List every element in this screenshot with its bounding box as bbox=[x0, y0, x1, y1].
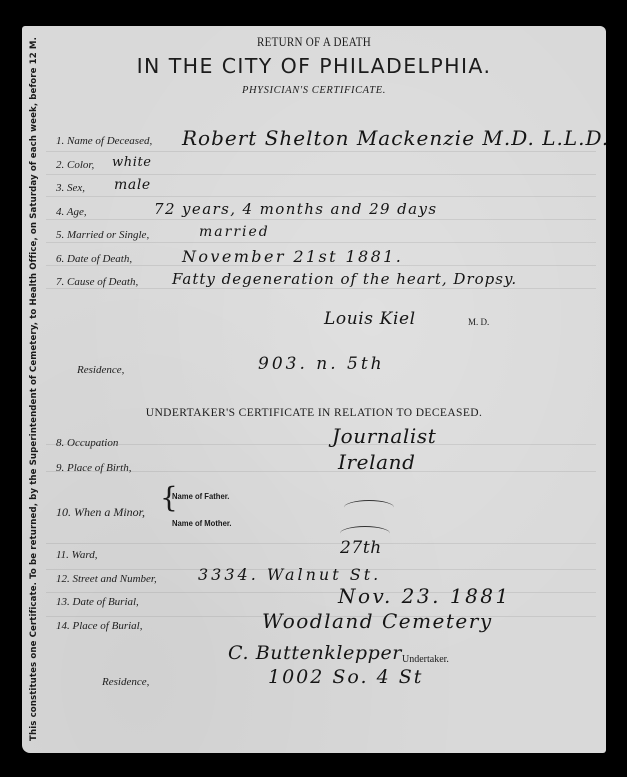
place-of-burial-label: 14. Place of Burial, bbox=[56, 620, 142, 632]
age-value: 72 years, 4 months and 29 days bbox=[154, 200, 437, 218]
undertaker-signature-suffix: Undertaker. bbox=[402, 654, 449, 665]
physician-residence-value: 903. n. 5th bbox=[258, 354, 385, 374]
street-number-value: 3334. Walnut St. bbox=[198, 565, 381, 584]
ward-value: 27th bbox=[340, 538, 382, 558]
father-name-blank-mark bbox=[344, 500, 394, 515]
form-heading: RETURN OF A DEATH bbox=[66, 34, 562, 50]
sex-label: 3. Sex, bbox=[56, 182, 85, 194]
undertaker-certificate-heading: UNDERTAKER'S CERTIFICATE IN RELATION TO … bbox=[22, 407, 606, 419]
physician-signature: Louis Kiel bbox=[324, 309, 416, 329]
physician-signature-suffix: M. D. bbox=[468, 317, 489, 327]
date-of-death-label: 6. Date of Death, bbox=[56, 253, 132, 265]
color-label: 2. Color, bbox=[56, 159, 94, 171]
date-of-death-value: November 21st 1881. bbox=[182, 247, 403, 266]
occupation-value: Journalist bbox=[332, 424, 436, 448]
father-name-label: Name of Father. bbox=[172, 491, 229, 501]
color-value: white bbox=[112, 155, 152, 170]
name-value: Robert Shelton Mackenzie M.D. L.L.D. bbox=[182, 126, 609, 150]
side-instruction: This constitutes one Certificate. To be … bbox=[22, 26, 46, 753]
minor-label: 10. When a Minor, bbox=[56, 505, 145, 520]
age-label: 4. Age, bbox=[56, 206, 87, 218]
street-number-label: 12. Street and Number, bbox=[56, 573, 157, 585]
physician-certificate-heading: PHYSICIAN'S CERTIFICATE. bbox=[22, 85, 606, 96]
city-heading: IN THE CITY OF PHILADELPHIA. bbox=[22, 54, 606, 78]
undertaker-residence-label: Residence, bbox=[102, 676, 149, 688]
side-instruction-text: This constitutes one Certificate. To be … bbox=[29, 37, 39, 741]
mother-name-label: Name of Mother. bbox=[172, 518, 232, 528]
sex-value: male bbox=[114, 177, 151, 193]
cause-of-death-label: 7. Cause of Death, bbox=[56, 276, 138, 288]
name-label: 1. Name of Deceased, bbox=[56, 135, 152, 147]
date-of-burial-label: 13. Date of Burial, bbox=[56, 596, 139, 608]
place-of-birth-label: 9. Place of Birth, bbox=[56, 462, 131, 474]
place-of-burial-value: Woodland Cemetery bbox=[262, 609, 493, 633]
ward-label: 11. Ward, bbox=[56, 549, 97, 561]
death-certificate: This constitutes one Certificate. To be … bbox=[22, 26, 606, 753]
cause-of-death-value: Fatty degeneration of the heart, Dropsy. bbox=[172, 270, 517, 288]
date-of-burial-value: Nov. 23. 1881 bbox=[338, 584, 511, 608]
marital-status-label: 5. Married or Single, bbox=[56, 229, 149, 241]
physician-residence-label: Residence, bbox=[77, 364, 124, 376]
marital-status-value: married bbox=[199, 224, 270, 240]
place-of-birth-value: Ireland bbox=[338, 450, 416, 474]
undertaker-residence-value: 1002 So. 4 St bbox=[268, 666, 423, 688]
undertaker-signature: C. Buttenklepper bbox=[228, 642, 402, 664]
occupation-label: 8. Occupation bbox=[56, 437, 118, 449]
